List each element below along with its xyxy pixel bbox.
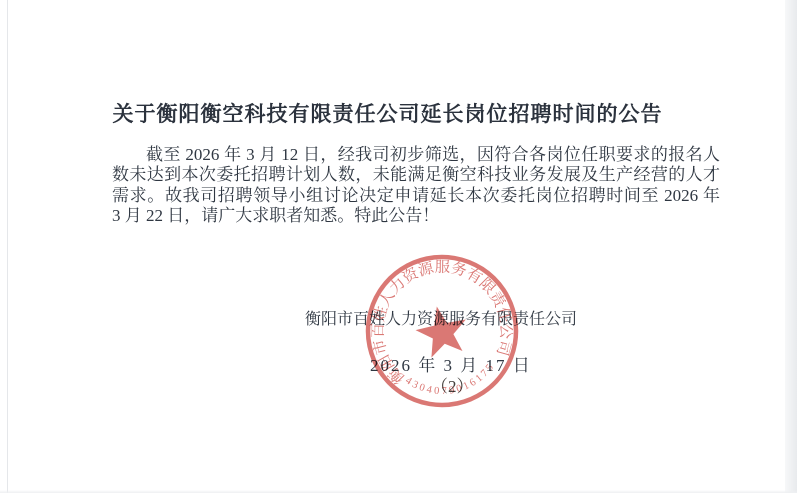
body-line: 截至 2026 年 3 月 12 日，经我司初步筛选，因符合各岗位任职要求的报名… <box>112 145 720 165</box>
document-body: 截至 2026 年 3 月 12 日，经我司初步筛选，因符合各岗位任职要求的报名… <box>112 145 720 227</box>
body-line: 3 月 22 日，请广大求职者知悉。特此公告！ <box>112 206 720 226</box>
body-line: 需求。故我司招聘领导小组讨论决定申请延长本次委托岗位招聘时间至 2026 年 <box>112 186 720 206</box>
scan-edge-left <box>7 0 8 493</box>
scan-edge-right <box>785 0 797 493</box>
seal-star-icon <box>412 301 472 359</box>
body-line: 数未达到本次委托招聘计划人数，未能满足衡空科技业务发展及生产经营的人才 <box>112 165 720 185</box>
official-seal-stamp: 衡阳市百姓人力资源服务有限责任公司 4304079016175 <box>362 250 522 412</box>
document-title: 关于衡阳衡空科技有限责任公司延长岗位招聘时间的公告 <box>0 98 775 128</box>
scanned-page: 关于衡阳衡空科技有限责任公司延长岗位招聘时间的公告 截至 2026 年 3 月 … <box>0 0 797 493</box>
